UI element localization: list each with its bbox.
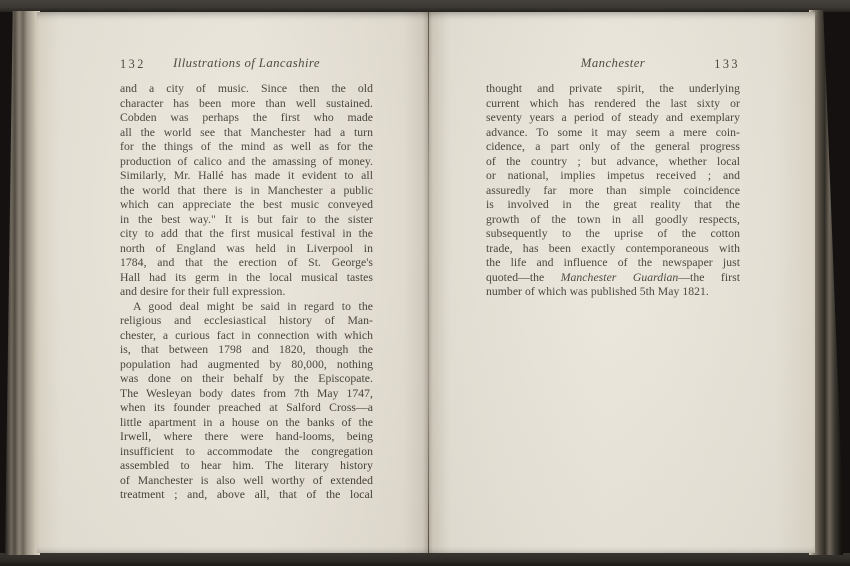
text-line: and a city of music. Since then the old [120,82,373,97]
text-line: assembled to hear him. The literary hist… [120,459,373,474]
left-page: 132 Illustrations of Lancashire and a ci… [37,12,428,553]
text-line: 1784, and that the erection of St. Georg… [120,256,373,271]
text-line: cidence, a part only of the general prog… [486,140,740,155]
left-page-header: 132 Illustrations of Lancashire [120,56,373,72]
left-page-column: 132 Illustrations of Lancashire and a ci… [120,56,373,503]
text-line: Cobden was perhaps the first who made [120,111,373,126]
text-line: trade, has been exactly contemporaneous … [486,242,740,257]
right-page-text: thought and private spirit, the underlyi… [486,82,740,300]
left-running-title: Illustrations of Lancashire [120,56,373,71]
text-line: and desire for their full expression. [120,285,373,300]
text-line: subsequently to the uprise of the cotton [486,227,740,242]
text-line: character has been more than well sustai… [120,97,373,112]
text-line: the life and influence of the newspaper … [486,256,740,271]
text-line: seventy years a period of steady and exe… [486,111,740,126]
text-line: assuredly far more than simple coinciden… [486,184,740,199]
text-line: Irwell, where there were hand-looms, bei… [120,430,373,445]
text-line: growth of the town in all goodly respect… [486,213,740,228]
right-page-column: Manchester 133 thought and private spiri… [486,56,740,300]
text-line: is, that between 1798 and 1820, though t… [120,343,373,358]
left-page-number: 132 [120,57,146,72]
text-line: of the country ; but advance, whether lo… [486,155,740,170]
text-line: population had augmented by 80,000, noth… [120,358,373,373]
text-line: religious and ecclesiastical history of … [120,314,373,329]
text-line: all the world see that Manchester had a … [120,126,373,141]
text-line: current which has rendered the last sixt… [486,97,740,112]
text-line: thought and private spirit, the underlyi… [486,82,740,97]
book-cover-bottom [0,553,850,566]
book-cover-top [0,0,850,12]
text-line: quoted—the Manchester Guardian—the first [486,271,740,286]
text-line: or national, implies impetus received ; … [486,169,740,184]
text-line: which can appreciate the best music conv… [120,198,373,213]
text-line: for the things of the mind as well as fo… [120,140,373,155]
right-page-header: Manchester 133 [486,56,740,72]
text-line: treatment ; and, above all, that of the … [120,488,373,503]
right-page: Manchester 133 thought and private spiri… [428,12,815,553]
text-line: advance. To some it may seem a mere coin… [486,126,740,141]
text-line: The Wesleyan body dates from 7th May 174… [120,387,373,402]
text-line: little apartment in a house on the banks… [120,416,373,431]
text-line: production of calico and the amassing of… [120,155,373,170]
text-line: north of England was held in Liverpool i… [120,242,373,257]
right-page-number: 133 [714,57,740,72]
text-line: insufficient to accommodate the congrega… [120,445,373,460]
text-line: the world that there is in Manchester a … [120,184,373,199]
text-line: Hall had its germ in the local musical t… [120,271,373,286]
right-running-title: Manchester [486,56,740,71]
left-page-text: and a city of music. Since then the oldc… [120,82,373,503]
text-line: city to add that the first musical festi… [120,227,373,242]
page-edges-left [5,11,40,555]
text-line: is involved in the great reality that th… [486,198,740,213]
text-line: of Manchester is also well worthy of ext… [120,474,373,489]
text-line: chester, a curious fact in connection wi… [120,329,373,344]
text-line: in the best way." It is but fair to the … [120,213,373,228]
text-line: was done on their behalf by the Episcopa… [120,372,373,387]
text-line: when its founder preached at Salford Cro… [120,401,373,416]
text-line: Similarly, Mr. Hallé has made it evident… [120,169,373,184]
text-line: A good deal might be said in regard to t… [120,300,373,315]
text-line: number of which was published 5th May 18… [486,285,740,300]
book-photo: 132 Illustrations of Lancashire and a ci… [0,0,850,566]
